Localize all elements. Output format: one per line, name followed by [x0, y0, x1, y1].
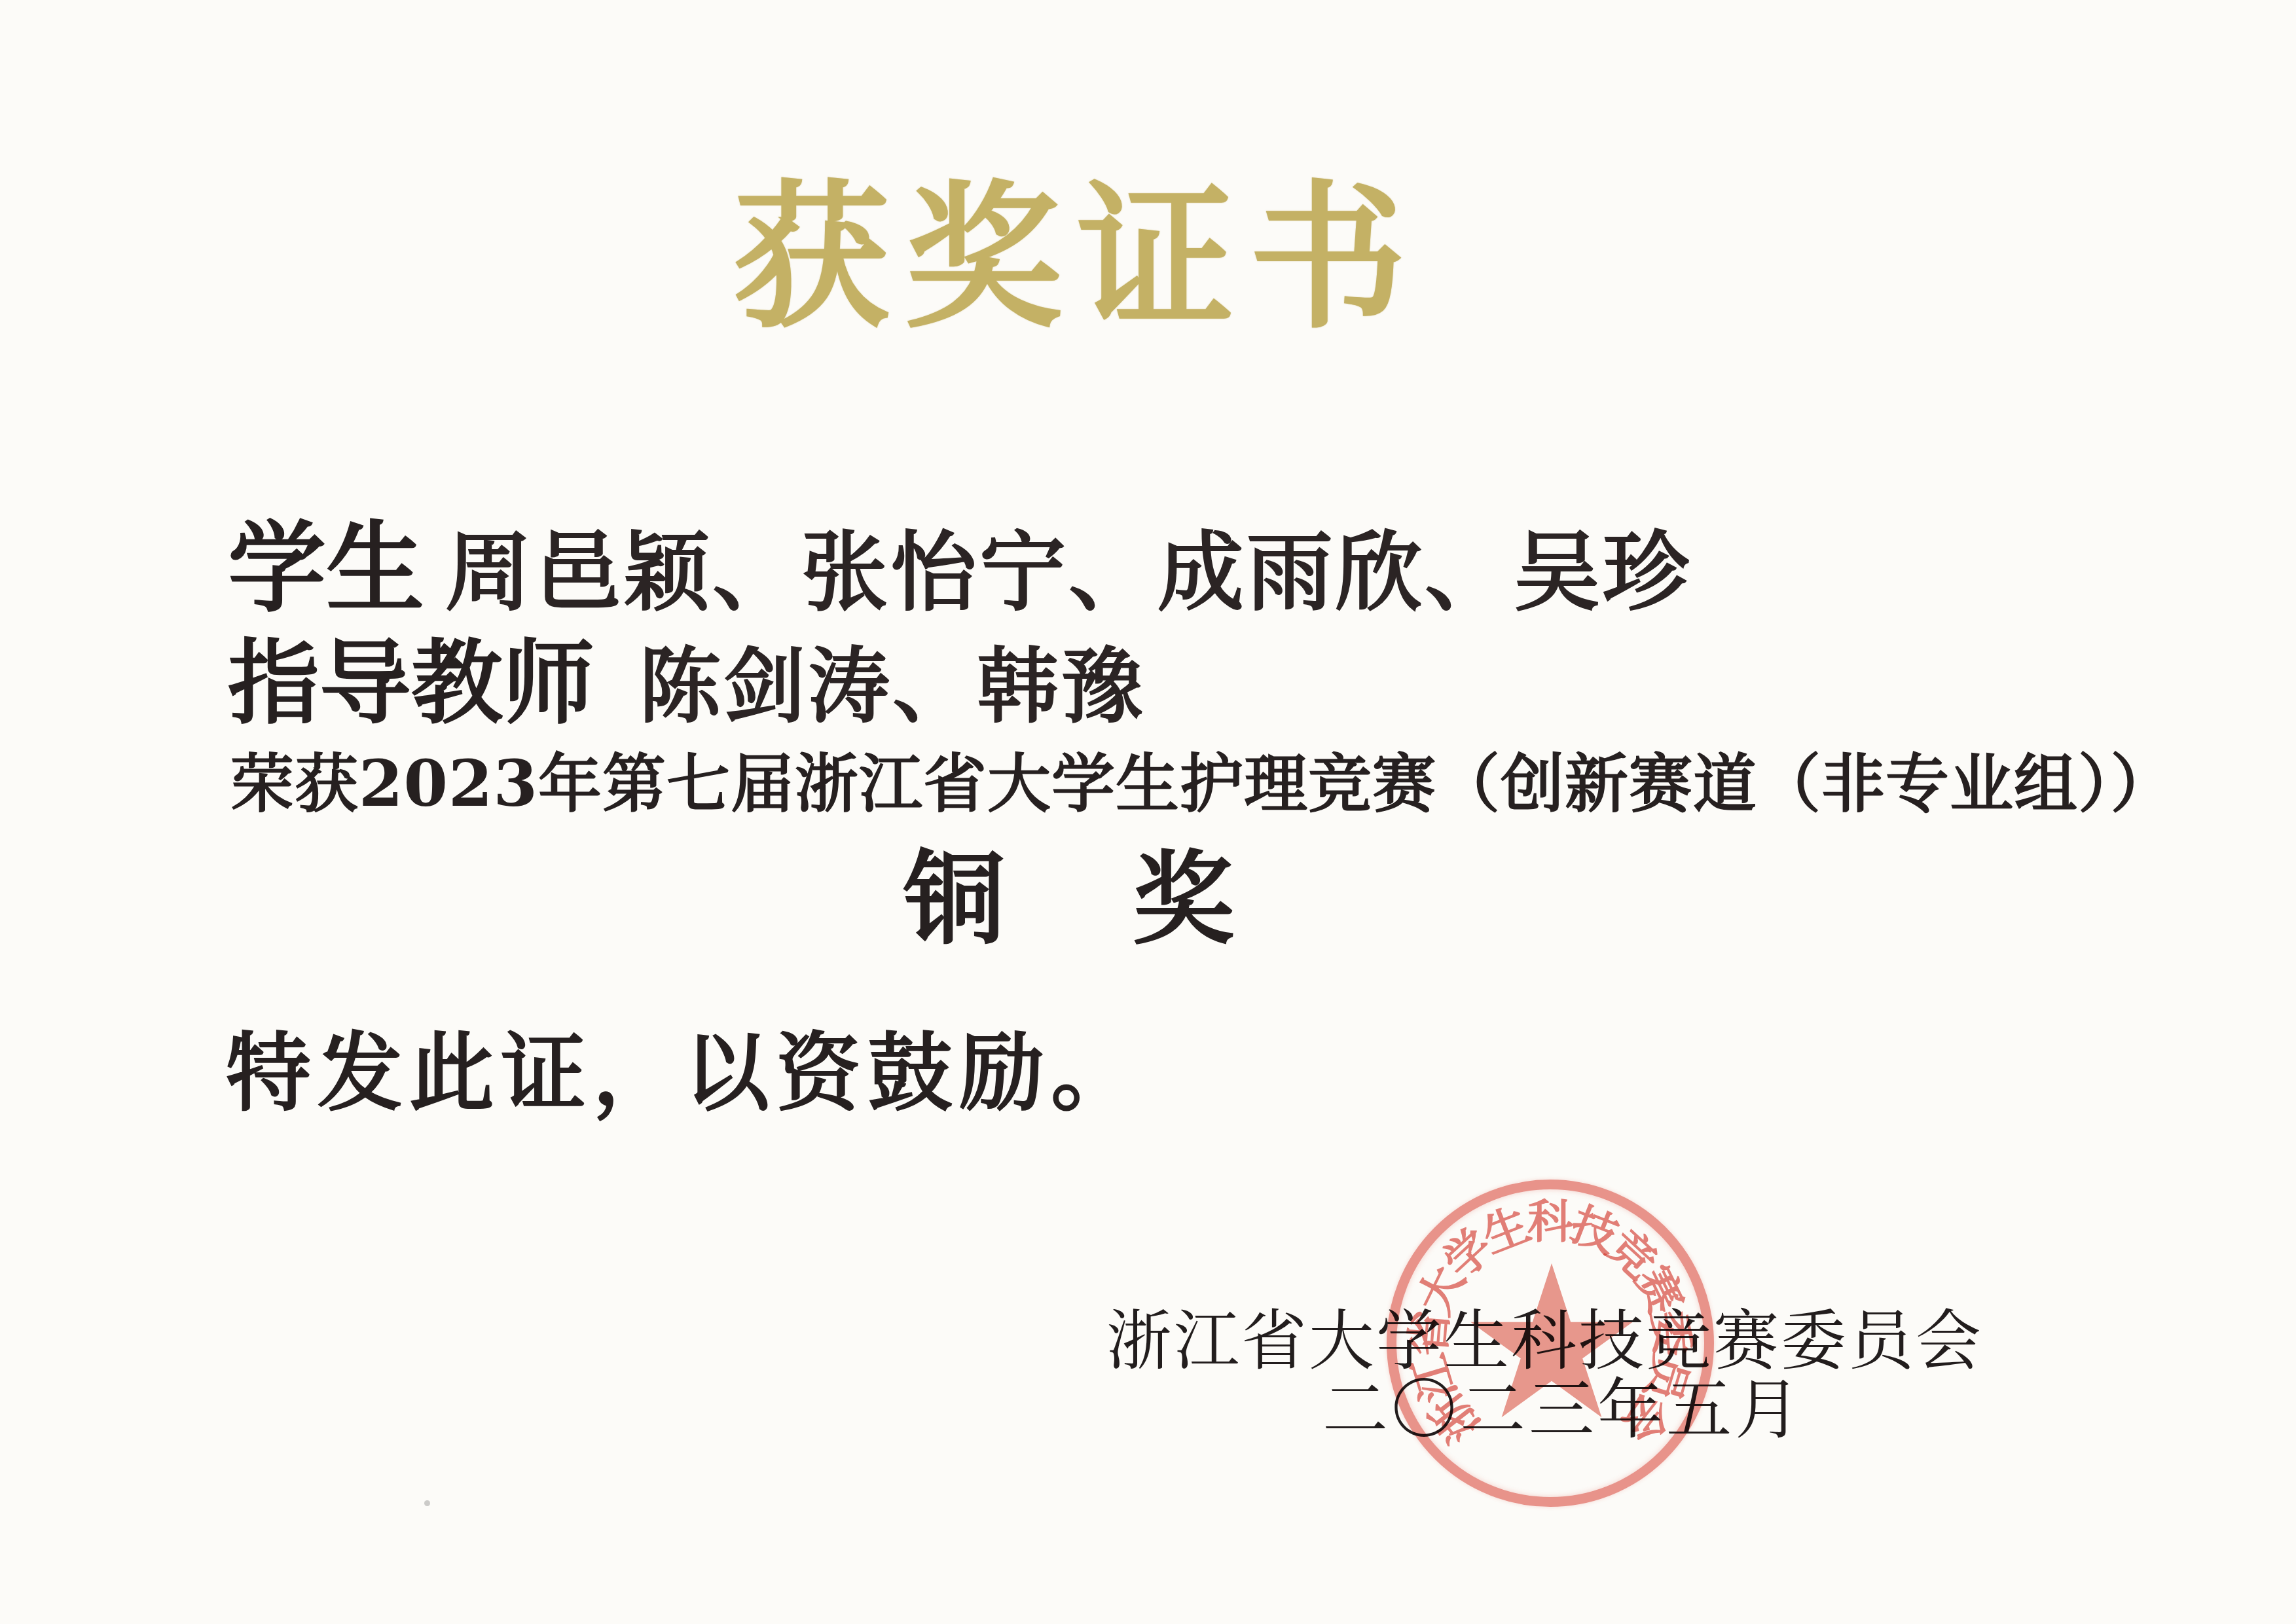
students-names: 周邑颖、张怡宁、成雨欣、吴珍	[445, 503, 1692, 627]
scan-speck	[424, 1500, 430, 1506]
closing-line: 特发此证，以资鼓励。	[226, 1026, 1142, 1120]
students-label: 学生	[228, 515, 424, 623]
advisors-line: 指导教师 陈剑涛、韩豫	[228, 621, 1146, 738]
issue-date: 二〇二三年五月	[1322, 1375, 1804, 1447]
advisors-names: 陈剑涛、韩豫	[639, 621, 1146, 738]
certificate-page: 获奖证书 学生 周邑颖、张怡宁、成雨欣、吴珍 指导教师 陈剑涛、韩豫 荣获202…	[0, 0, 2296, 1624]
award-name: 铜 奖	[903, 846, 1247, 952]
issuer-name: 浙江省大学生科技竞赛委员会	[1106, 1306, 1983, 1378]
advisors-label: 指导教师	[228, 634, 594, 734]
certificate-title: 获奖证书	[0, 171, 2154, 344]
award-statement: 荣获2023年第七届浙江省大学生护理竞赛（创新赛道（非专业组））	[230, 748, 2174, 821]
students-line: 学生 周邑颖、张怡宁、成雨欣、吴珍	[228, 503, 1692, 627]
